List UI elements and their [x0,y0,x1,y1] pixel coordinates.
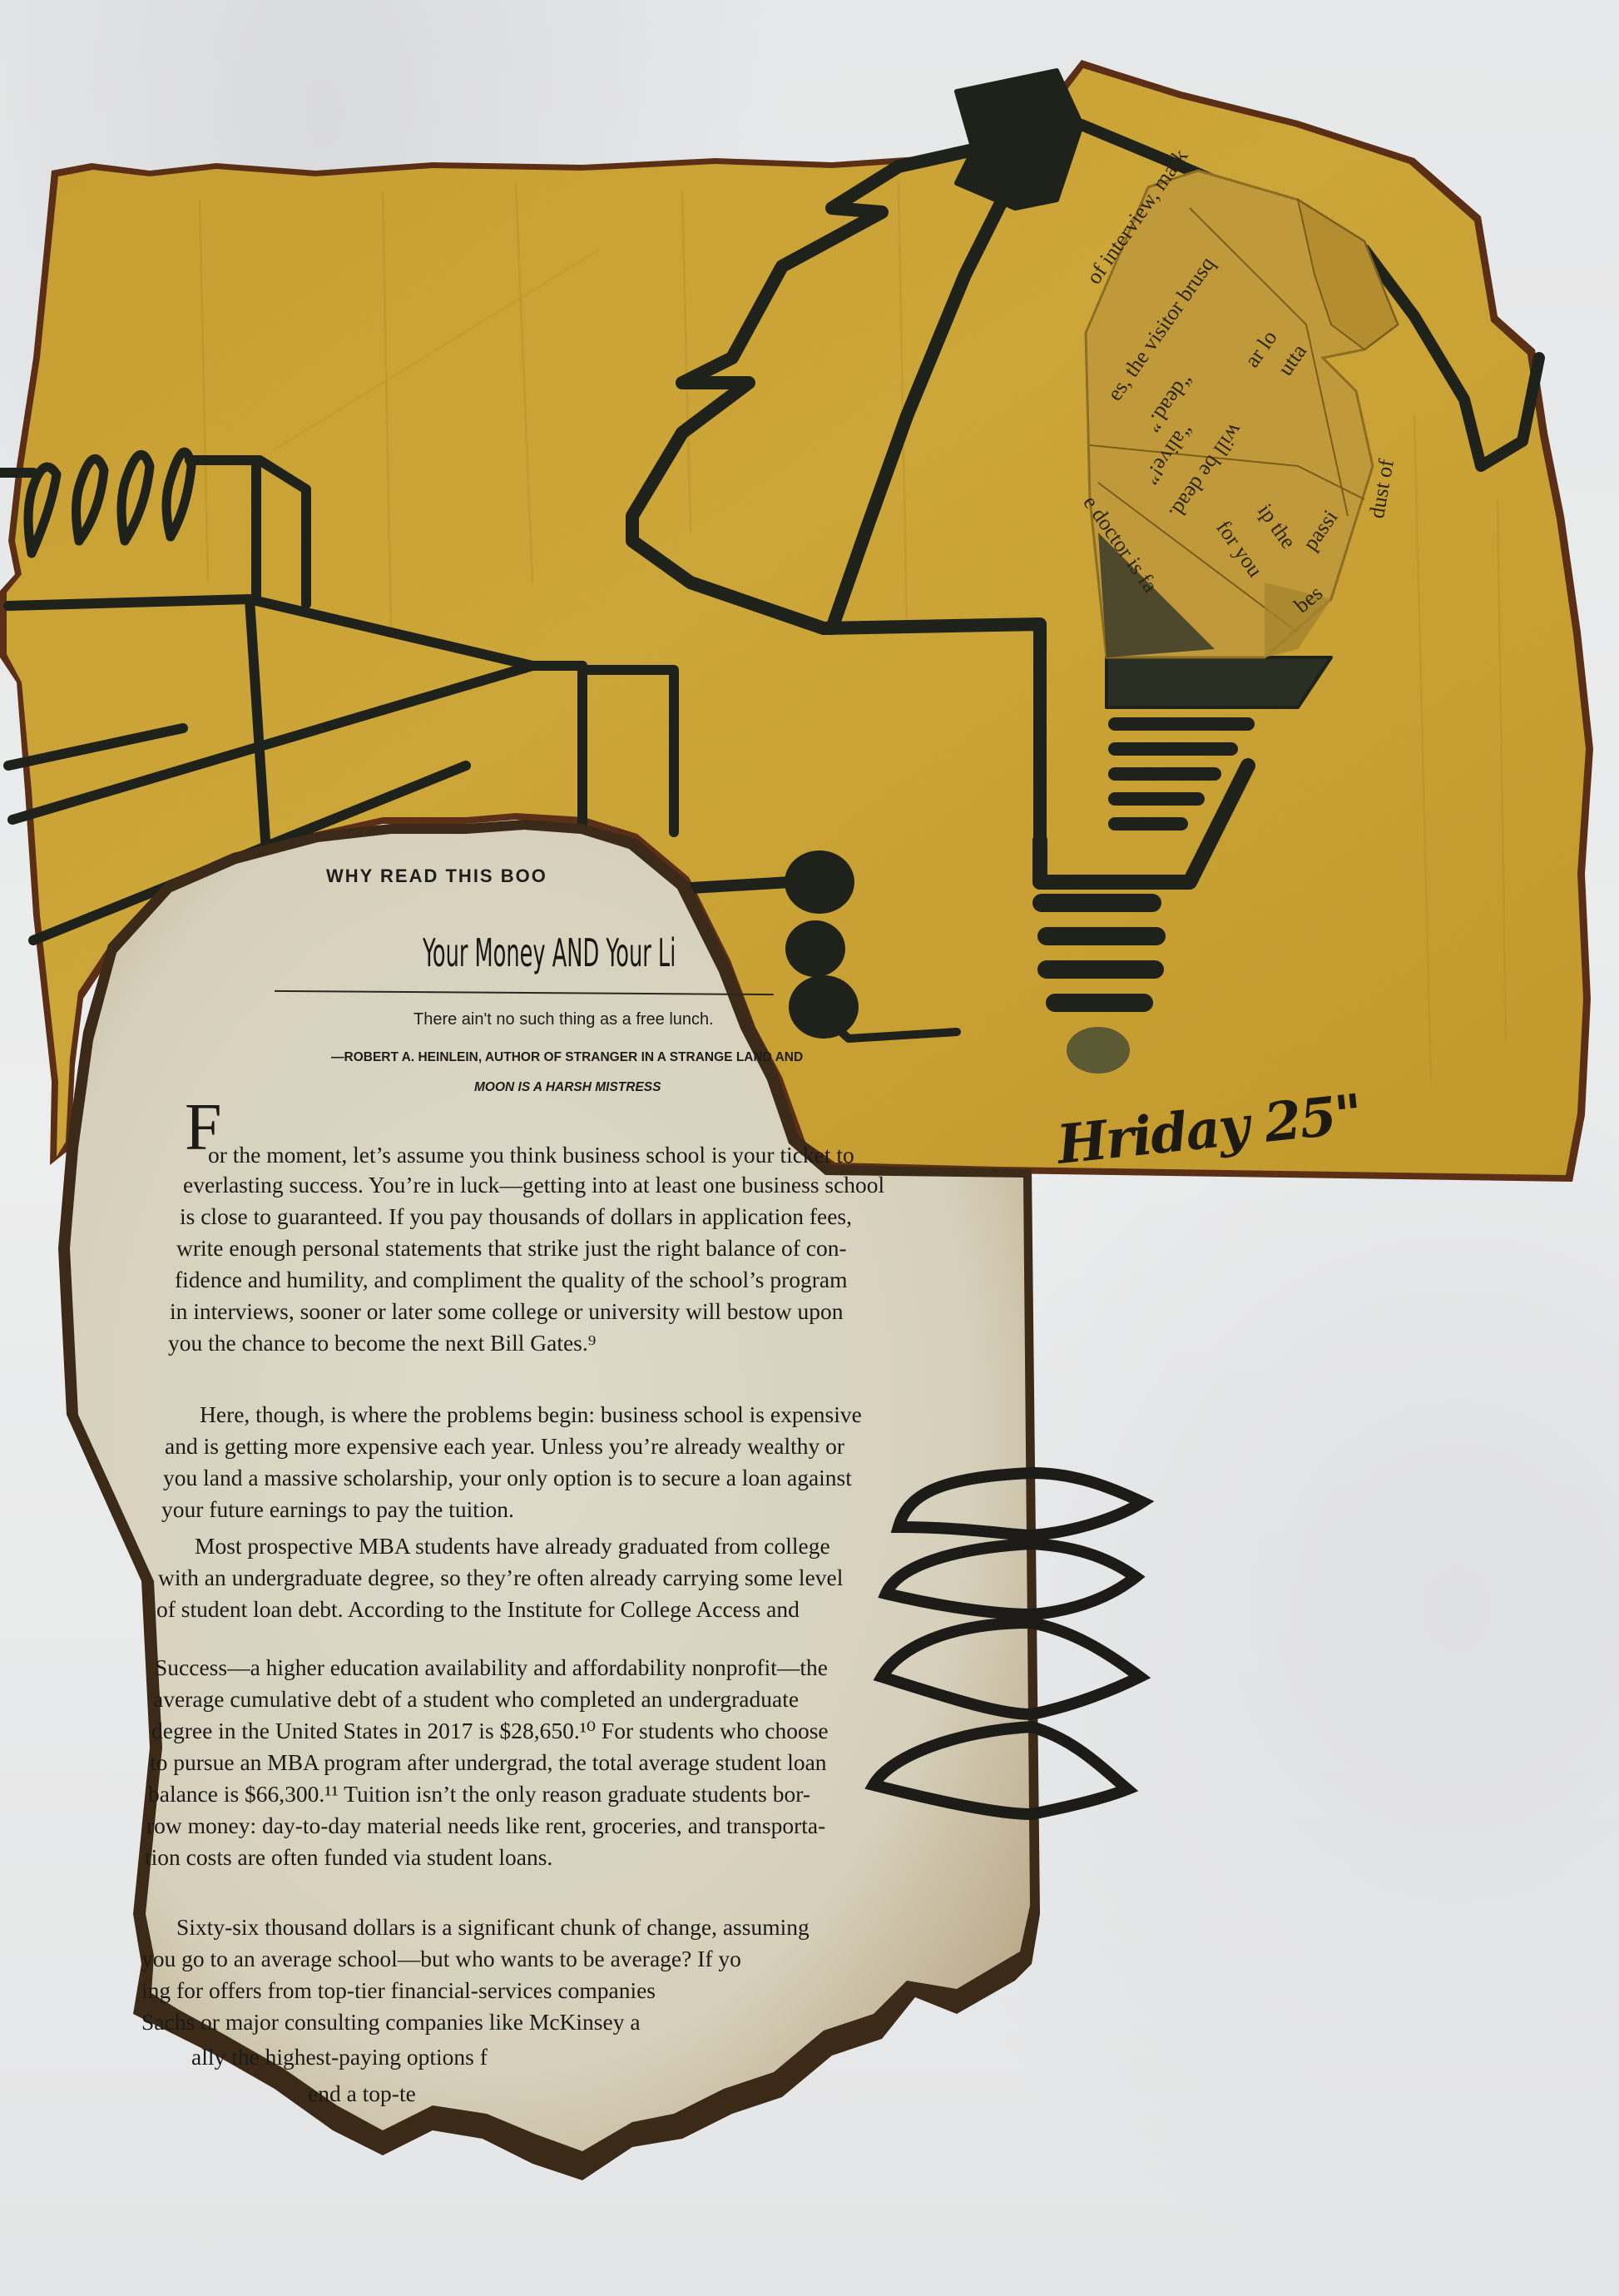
epigraph: There ain't no such thing as a free lunc… [413,1010,714,1029]
text-line: Sixty-six thousand dollars is a signific… [176,1914,809,1941]
epigraph-attribution-2: MOON IS A HARSH MISTRESS [474,1080,661,1095]
text-line: tion costs are often funded via student … [145,1844,552,1871]
text-line: your future earnings to pay the tuition. [161,1496,514,1523]
text-line: of student loan debt. According to the I… [156,1596,800,1623]
text-line: and is getting more expensive each year.… [165,1433,844,1460]
text-line: fidence and humility, and compliment the… [175,1267,848,1293]
text-line: degree in the United States in 2017 is $… [151,1718,829,1744]
text-line: row money: day-to-day material needs lik… [146,1813,825,1839]
text-line: ally the highest-paying options f [191,2044,488,2070]
chapter-title: Your Money AND Your Li [423,930,676,975]
text-line: you land a massive scholarship, your onl… [163,1465,852,1491]
text-line: Sachs or major consulting companies like… [141,2009,641,2036]
text-line: everlasting success. You’re in luck—gett… [183,1172,884,1198]
text-line: or the moment, let’s assume you think bu… [208,1142,854,1168]
text-line: you go to an average school—but who want… [141,1946,741,1972]
text-line: balance is $66,300.¹¹ Tuition isn’t the … [148,1781,810,1808]
text-line: average cumulative debt of a student who… [153,1686,799,1713]
text-line: Here, though, is where the problems begi… [200,1401,862,1428]
text-line: ing for offers from top-tier financial-s… [141,1977,656,2004]
text-line: is close to guaranteed. If you pay thous… [180,1203,852,1230]
text-line: in interviews, sooner or later some coll… [170,1298,844,1325]
epigraph-attribution: —ROBERT A. HEINLEIN, AUTHOR OF STRANGER … [331,1050,803,1065]
text-line: Success—a higher education availability … [155,1654,828,1681]
text-line: with an undergraduate degree, so they’re… [158,1565,843,1591]
text-line: Most prospective MBA students have alrea… [195,1533,830,1560]
text-line: end a top-te [308,2080,416,2107]
text-line: you the chance to become the next Bill G… [168,1330,596,1356]
chapter-kicker: WHY READ THIS BOO [326,865,547,887]
text-line: write enough personal statements that st… [176,1235,847,1262]
text-line: to pursue an MBA program after undergrad… [150,1749,827,1776]
